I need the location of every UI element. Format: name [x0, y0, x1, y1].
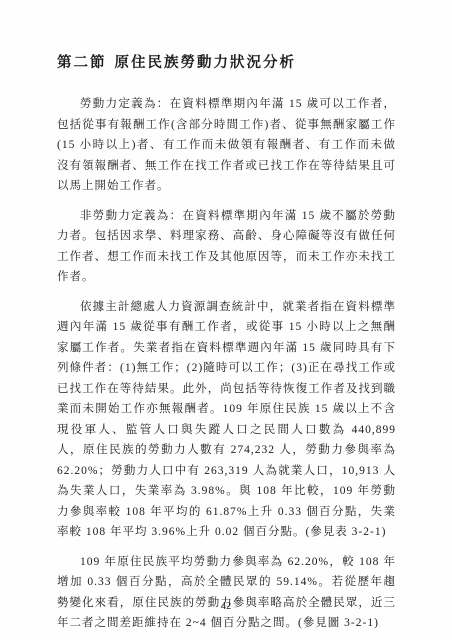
- paragraph-participation-rate-comparison: 109 年原住民族平均勞動力參與率為 62.20%，較 108 年增加 0.33…: [57, 552, 396, 634]
- paragraph-non-labor-force-definition: 非勞動力定義為：在資料標準期內年滿 15 歲不屬於勞動力者。包括因求學、料理家務…: [57, 206, 396, 288]
- document-page: 第二節原住民族勞動力狀況分析 勞動力定義為：在資料標準期內年滿 15 歲可以工作…: [0, 0, 452, 640]
- section-heading: 第二節原住民族勞動力狀況分析: [57, 52, 396, 74]
- paragraph-labor-force-definition: 勞動力定義為：在資料標準期內年滿 15 歲可以工作者，包括從事有報酬工作(含部分…: [57, 94, 396, 197]
- section-number: 第二節: [57, 55, 107, 71]
- paragraph-employment-statistics: 依據主計總處人力資源調查統計中，就業者指在資料標準週內年滿 15 歲從事有酬工作…: [57, 297, 396, 543]
- page-number: 42: [0, 601, 452, 612]
- section-title: 原住民族勞動力狀況分析: [115, 55, 297, 71]
